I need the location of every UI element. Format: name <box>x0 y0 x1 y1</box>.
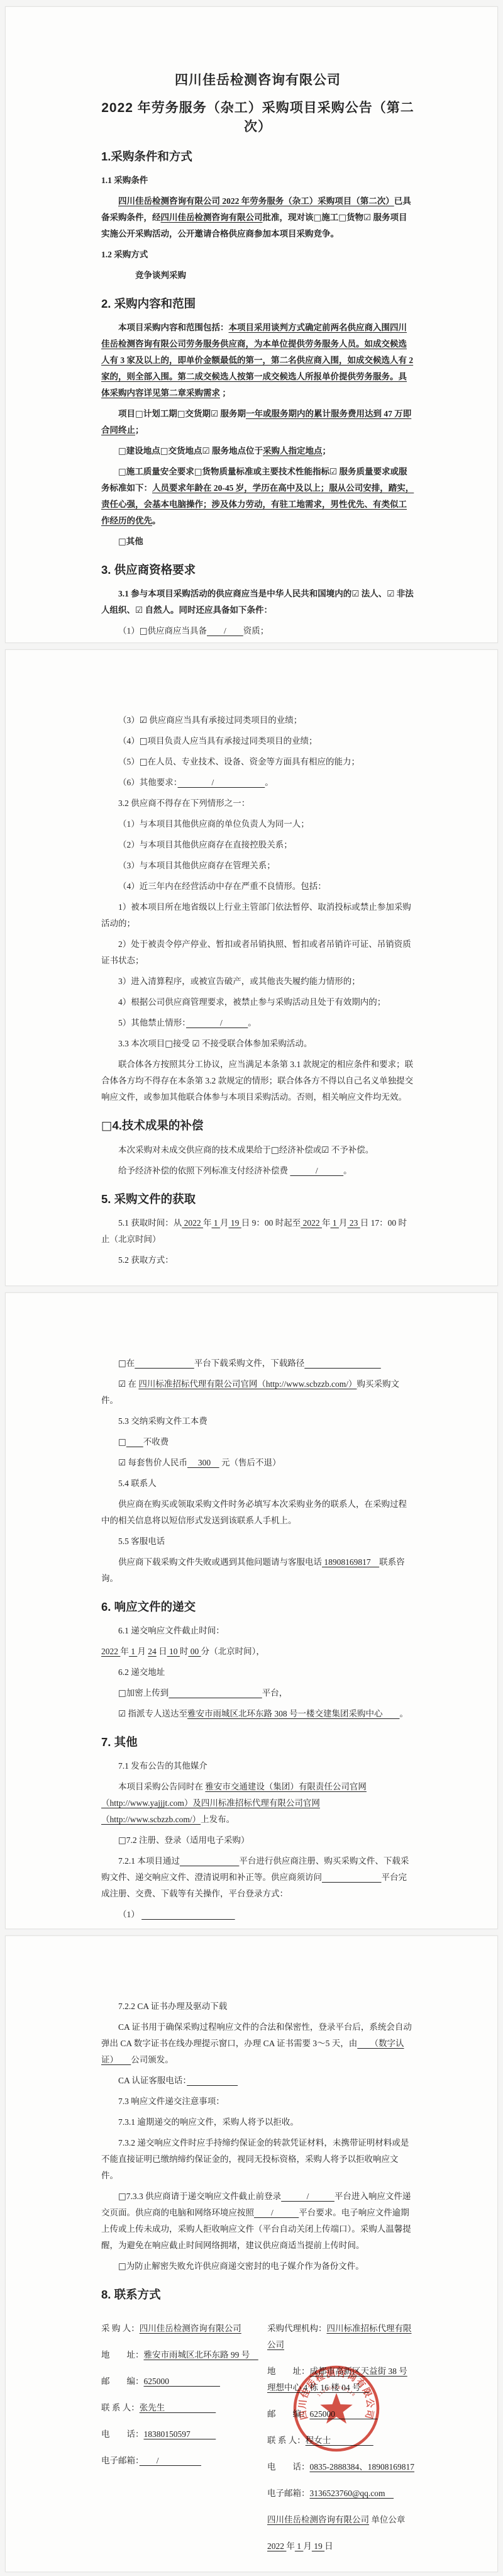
text-run: 电 话： <box>267 2462 310 2472</box>
filled-in-value <box>187 2076 238 2085</box>
text-run: 1.采购条件和方式 <box>101 150 192 163</box>
text-run: 经济补偿或 <box>279 1145 322 1155</box>
filled-in-value: 四川佳岳检测咨询有限公司 <box>161 213 263 222</box>
text-run: 施工 <box>321 213 338 222</box>
text-run: 3.1 参与本项目采购活动的供应商应当是中华人民共和国境内的 <box>118 589 351 598</box>
paragraph: 7.3 响应文件递交注意事项： <box>101 2093 414 2110</box>
text-run: 时 <box>180 1647 189 1656</box>
paragraph: （4）近三年内在经营活动中存在严重不良情形。包括： <box>101 878 414 895</box>
text-run: 7.3 响应文件递交注意事项： <box>118 2097 224 2106</box>
filled-in-value: 24 <box>148 1647 157 1656</box>
checkbox-unchecked-icon: □ <box>160 446 169 456</box>
text-run: 月 <box>220 1218 229 1228</box>
text-run: 地 址： <box>267 2366 310 2376</box>
text-run: 接受 <box>173 1039 192 1048</box>
paragraph: （2）与本项目其他供应商存在直接控股关系； <box>101 837 414 853</box>
checkbox-unchecked-icon: □ <box>140 626 148 636</box>
text-run: 单位公章 <box>369 2515 405 2524</box>
text-run: 年 <box>120 1647 129 1656</box>
contact-line: 电子邮箱：3136523760@qq.com <box>267 2485 414 2502</box>
text-run: 平台下载采购文件，下载路径 <box>194 1358 305 1368</box>
filled-in-value: 18908169817 <box>322 1557 379 1567</box>
paragraph: （3）☑ 供应商应当具有承接过同类项目的业绩； <box>101 712 414 729</box>
text-run: 联 系 人： <box>101 2403 140 2412</box>
checkbox-checked-icon: ☑ <box>329 467 337 477</box>
paragraph: 5.3 交纳采购文件工本费 <box>101 1413 414 1430</box>
paragraph: 7.3.1 逾期递交的响应文件，采购人将予以拒收。 <box>101 2114 414 2131</box>
filled-in-value <box>304 1358 381 1368</box>
paragraph: 项目□计划工期□交货期☑ 服务期一年或服务期内的累计服务费用达到 47 万即合同… <box>101 406 414 439</box>
paragraph: □7.3.3 供应商请于递交响应文件截止前登录 / 平台进入响应文件递交页面。供… <box>101 2188 414 2254</box>
filled-in-value: / <box>140 2456 201 2465</box>
paragraph: 2）处于被责令停产停业、暂扣或者吊销执照、暂扣或者吊销许可证、吊销资质证书状态； <box>101 936 414 969</box>
text-run: （6）其他要求： <box>118 778 178 787</box>
checkbox-unchecked-icon: □ <box>314 213 322 223</box>
text-run: （1）与本项目其他供应商的单位负责人为同一人； <box>118 819 309 829</box>
paragraph: 5.2 获取方式： <box>101 1252 414 1268</box>
text-run: 交货期 <box>185 409 211 418</box>
checkbox-unchecked-icon: □ <box>118 1688 126 1698</box>
paragraph: （1）□供应商应当具备 / 资质； <box>101 623 414 639</box>
text-run: 供应商应当具备 <box>148 626 207 636</box>
agency-contact-column: 采购代理机构：四川标准招标代理有限公司地 址：成都市高新区天益街 38 号理想中… <box>267 2310 414 2565</box>
checkbox-checked-icon: ☑ <box>118 1709 126 1719</box>
text-run: 年 <box>203 1218 212 1228</box>
text-run: 每套售价人民币 <box>126 1458 187 1467</box>
text-run: 月 <box>137 1647 148 1656</box>
paragraph: □加密上传到 平台， <box>101 1685 414 1701</box>
text-run: 8. 联系方式 <box>101 2288 161 2301</box>
document-page-1: 四川佳岳检测咨询有限公司2022 年劳务服务（杂工）采购项目采购公告（第二次）1… <box>5 6 498 643</box>
text-run: 在 <box>126 1358 135 1368</box>
filled-in-value <box>322 1873 382 1882</box>
text-run: 3. 供应商资格要求 <box>101 563 196 576</box>
filled-in-value: 1 <box>295 2541 304 2551</box>
page-2-content: （3）☑ 供应商应当具有承接过同类项目的业绩；（4）□项目负责人应当具有承接过同… <box>6 650 497 1268</box>
sub-heading: 1.2 采购方式 <box>101 247 414 263</box>
checkbox-checked-icon: ☑ <box>363 213 371 223</box>
text-run: 四川佳岳检测咨询有限公司 <box>175 73 341 87</box>
text-run: 电子邮箱： <box>267 2489 310 2498</box>
text-run: 年 <box>322 1218 331 1228</box>
text-run: 自然人。同时还应具备如下条件： <box>143 605 272 615</box>
checkbox-unchecked-icon: □ <box>118 446 126 456</box>
purchaser-contact-column: 采 购 人：四川佳岳检测咨询有限公司地 址：雅安市雨城区北环东路 99 号 邮 … <box>101 2310 260 2565</box>
paragraph: □建设地点□交货地点☑ 服务地点位于采购人指定地点； <box>101 443 414 459</box>
text-run: 1.2 采购方式 <box>101 250 148 259</box>
checkbox-checked-icon: ☑ <box>321 1145 329 1155</box>
text-run: 不予补偿。 <box>329 1145 373 1155</box>
filled-in-value: 四川佳岳检测咨询有限公司 2022 年劳务服务（杂工）采购项目（第二次） <box>118 196 394 206</box>
text-run: 月 <box>339 1218 348 1228</box>
section-heading: 1.采购条件和方式 <box>101 147 414 166</box>
section-heading: 3. 供应商资格要求 <box>101 561 414 580</box>
text-run: 电 话： <box>101 2429 144 2439</box>
paragraph: 3.1 参与本项目采购活动的供应商应当是中华人民共和国境内的☑ 法人、☑ 非法人… <box>101 586 414 619</box>
checkbox-checked-icon: ☑ <box>202 446 210 456</box>
paragraph: 本项目采购内容和范围包括：本项目采用谈判方式确定前两名供应商入围四川佳岳检测咨询… <box>101 320 414 401</box>
checkbox-unchecked-icon: □ <box>118 467 126 477</box>
text-run: （1） <box>118 626 140 636</box>
paragraph: 5.1 获取时间：从 2022 年 1 月 19 日 9：00 时起至 2022… <box>101 1215 414 1248</box>
text-run: 指派专人送达至 <box>126 1709 187 1718</box>
scanned-document: 四川佳岳检测咨询有限公司2022 年劳务服务（杂工）采购项目采购公告（第二次）1… <box>0 0 503 2572</box>
text-run: 采购代理机构： <box>267 2324 327 2333</box>
paragraph: 竞争谈判采购 <box>135 267 414 284</box>
filled-in-value: 1 <box>129 1647 138 1656</box>
checkbox-checked-icon: ☑ <box>211 409 218 419</box>
checkbox-unchecked-icon: □ <box>194 467 202 477</box>
text-run: 3.3 本次项目 <box>118 1039 165 1048</box>
contact-line: 联 系 人：张先生 <box>101 2400 260 2416</box>
filled-in-value: 300 <box>187 1458 219 1467</box>
paragraph: （4）□项目负责人应当具有承接过同类项目的业绩； <box>101 733 414 749</box>
text-run: 施工质量安全要求 <box>126 467 194 476</box>
text-run: 。 <box>152 516 161 525</box>
paragraph: 供应商在购买或领取采购文件时务必填写本次采购业务的联系人，在采购过程中的相关信息… <box>101 1496 414 1529</box>
text-run: 为防止解密失败允许供应商递交密封的电子媒介作为备份文件。 <box>126 2261 364 2271</box>
contact-line: 电 话：0835-2888384、18908169817 <box>267 2459 414 2475</box>
filled-in-value: 3136523760@qq.com <box>310 2489 394 2498</box>
text-run: 货物质量标准或主要技术性能指标 <box>202 467 330 476</box>
paragraph: 6.1 递交响应文件截止时间： <box>101 1623 414 1639</box>
text-run: 日 9：00 时起至 <box>241 1218 301 1228</box>
text-run: 6.1 递交响应文件截止时间： <box>118 1626 224 1635</box>
paragraph: □为防止解密失败允许供应商递交密封的电子媒介作为备份文件。 <box>101 2258 414 2275</box>
text-run: 电子邮箱： <box>101 2456 140 2465</box>
text-run: 2）处于被责令停产停业、暂扣或者吊销执照、暂扣或者吊销许可证、吊销资质证书状态； <box>101 939 411 965</box>
text-run: 项目 <box>118 409 135 418</box>
paragraph: （6）其他要求： / 。 <box>101 775 414 791</box>
checkbox-unchecked-icon: □ <box>101 1119 112 1133</box>
contact-line: 电 话：18380150597 <box>101 2426 260 2443</box>
document-page-3: □在 平台下载采购文件，下载路径 ☑ 在 四川标准招标代理有限公司官网（http… <box>5 1292 498 1929</box>
text-run: 3）进入清算程序，或被宣告破产，或其他丧失履约能力情形的； <box>118 977 360 986</box>
text-run: 4.技术成果的补偿 <box>112 1119 203 1132</box>
page-4-content: 7.2.2 CA 证书办理及驱动下载CA 证书用于确保采购过程响应文件的合法和保… <box>6 1936 497 2565</box>
filled-in-value: / <box>254 2208 299 2217</box>
section-heading: 5. 采购文件的获取 <box>101 1190 414 1209</box>
text-run: ； <box>323 446 331 456</box>
filled-in-value: 1 <box>331 1218 340 1228</box>
paragraph: ☑ 指派专人送达至雅安市雨城区北环东路 308 号一楼交建集团采购中心 。 <box>101 1706 414 1722</box>
text-run: 本次采购对未成交供应商的技术成果给于 <box>118 1145 271 1155</box>
text-run: 法人、 <box>359 589 387 598</box>
filled-in-value: 四川佳岳检测咨询有限公司 <box>140 2324 241 2333</box>
checkbox-unchecked-icon: □ <box>135 409 143 419</box>
text-run: 7.1 发布公告的其他媒介 <box>118 1761 207 1771</box>
text-run: ； <box>220 388 231 398</box>
paragraph: 给予经济补偿的依照下列标准支付经济补偿费 / 。 <box>101 1163 414 1179</box>
paragraph: 7.2.1 本项目通过 平台进行供应商注册、购买采购文件、下载采购文件、递交响应… <box>101 1853 414 1902</box>
checkbox-checked-icon: ☑ <box>118 1379 126 1389</box>
text-run: 5）其他禁止情形： <box>118 1018 186 1028</box>
text-run: 7.2 注册、登录（适用电子采购） <box>126 1835 250 1845</box>
paragraph: □7.2 注册、登录（适用电子采购） <box>101 1832 414 1849</box>
checkbox-unchecked-icon: □ <box>177 409 185 419</box>
paragraph: （5）□在人员、专业技术、设备、资金等方面具有相应的能力； <box>101 754 414 770</box>
text-run: 联合体各方按照其分工协议，应当满足本条第 3.1 款规定的相应条件和要求；联合体… <box>101 1060 413 1102</box>
contact-line: 邮 编：625000 <box>267 2406 414 2422</box>
text-run: 联 系 人： <box>267 2436 306 2445</box>
text-run: 不接受联合体参加采购活动。 <box>200 1039 312 1048</box>
text-run: 资质； <box>243 626 269 636</box>
filled-in-value: 雅安市雨城区北环东路 308 号一楼交建集团采购中心 <box>187 1709 400 1718</box>
filled-in-value: 625000 <box>310 2409 378 2419</box>
text-run: 4）根据公司供应商管理要求，被禁止参与采购活动且处于有效期内的； <box>118 997 385 1007</box>
paragraph: ☑ 每套售价人民币 300 元（售后不退） <box>101 1455 414 1471</box>
contact-line: 邮 编：625000 <box>101 2373 260 2390</box>
text-run: 6. 响应文件的递交 <box>101 1600 196 1613</box>
filled-in-value: 四川佳岳检测咨询有限公司 <box>267 2515 369 2524</box>
text-run: 7.3.1 逾期递交的响应文件，采购人将予以拒收。 <box>118 2117 299 2127</box>
contact-line: 地 址：成都市高新区天益街 38 号理想中心 4 栋 16 楼 04 号 <box>267 2363 414 2396</box>
paragraph: 6.2 递交地址 <box>101 1664 414 1681</box>
paragraph: 7.3.2 递交响应文件时应手持缔约保证金的转款凭证材料，未携带证明材料或是不能… <box>101 2135 414 2184</box>
paragraph: □在 平台下载采购文件，下载路径 <box>101 1355 414 1372</box>
text-run: （4） <box>118 736 140 746</box>
text-run: 本项目采购公告同时在 <box>118 1782 205 1791</box>
text-run: 货物 <box>346 213 363 222</box>
checkbox-unchecked-icon: □ <box>118 1835 126 1845</box>
paragraph: （1）与本项目其他供应商的单位负责人为同一人； <box>101 816 414 832</box>
paragraph: □施工质量安全要求□货物质量标准或主要技术性能指标☑ 服务质量要求或服务标准如下… <box>101 464 414 529</box>
text-run: 2. 采购内容和范围 <box>101 297 196 310</box>
contact-line: 四川佳岳检测咨询有限公司 单位公章 <box>267 2512 414 2528</box>
text-run: 6.2 递交地址 <box>118 1667 165 1677</box>
filled-in-value: / <box>290 1166 343 1175</box>
checkbox-unchecked-icon: □ <box>118 1437 126 1447</box>
filled-in-value: 10 <box>167 1647 180 1656</box>
text-run: 服务期 <box>218 409 246 418</box>
text-run: 采 购 人： <box>101 2324 140 2333</box>
filled-in-value: / <box>207 626 243 636</box>
text-run: 5.4 联系人 <box>118 1479 157 1488</box>
checkbox-checked-icon: ☑ <box>192 1039 199 1049</box>
text-run: 2022 年劳务服务（杂工）采购项目采购公告（第二次） <box>101 101 414 134</box>
text-run: 上发布。 <box>201 1815 235 1824</box>
text-run: （5） <box>118 757 140 766</box>
paragraph: □ 不收费 <box>101 1434 414 1450</box>
checkbox-checked-icon: ☑ <box>135 605 143 615</box>
text-run: 7.3.3 供应商请于递交响应文件截止前登录 <box>126 2192 281 2201</box>
text-run: 。 <box>343 1166 352 1175</box>
filled-in-value: 四川标准招标代理有限公司官网（http://www.scbzzb.com/） <box>138 1379 357 1389</box>
paragraph: 供应商下载采购文件失败或遇到其他问题请与客服电话 18908169817 联系咨… <box>101 1554 414 1587</box>
text-run: 7.2.2 CA 证书办理及驱动下载 <box>118 2002 227 2011</box>
paragraph: 5.5 客服电话 <box>101 1533 414 1550</box>
paragraph: 7.1 发布公告的其他媒介 <box>101 1758 414 1774</box>
filled-in-value: 23 <box>348 1218 360 1228</box>
checkbox-checked-icon: ☑ <box>140 715 147 725</box>
filled-in-value: 19 <box>229 1218 241 1228</box>
contact-line: 联 系 人：程女士 <box>267 2433 414 2449</box>
paragraph: 5.4 联系人 <box>101 1476 414 1492</box>
text-run: 交货地点 <box>169 446 202 456</box>
filled-in-value: 18380150597 <box>144 2429 216 2439</box>
filled-in-value: 雅安市雨城区北环东路 99 号 <box>144 2350 258 2360</box>
document-page-4: 7.2.2 CA 证书办理及驱动下载CA 证书用于确保采购过程响应文件的合法和保… <box>5 1935 498 2572</box>
paragraph: 3）进入清算程序，或被宣告破产，或其他丧失履约能力情形的； <box>101 973 414 990</box>
filled-in-value <box>180 1856 240 1866</box>
text-run: 3.2 供应商不得存在下列情形之一： <box>118 798 250 808</box>
text-run: 给予经济补偿的依照下列标准支付经济补偿费 <box>118 1166 290 1175</box>
text-run: 批准，现对该 <box>263 213 314 222</box>
filled-in-value <box>169 1688 262 1698</box>
checkbox-unchecked-icon: □ <box>118 537 126 547</box>
filled-in-value <box>126 1437 143 1447</box>
text-run: 7.3.2 递交响应文件时应手持缔约保证金的转款凭证材料，未携带证明材料或是不能… <box>101 2138 409 2180</box>
text-run: 邮 编： <box>267 2409 310 2419</box>
checkbox-unchecked-icon: □ <box>140 736 148 746</box>
text-run: 项目负责人应当具有承接过同类项目的业绩； <box>148 736 318 746</box>
filled-in-value: 采购人指定地点 <box>263 446 323 456</box>
filled-in-value: 1 <box>212 1218 221 1228</box>
text-run: 在 <box>126 1379 138 1389</box>
document-title: 四川佳岳检测咨询有限公司 <box>101 71 414 90</box>
text-run: 供应商下载采购文件失败或遇到其他问题请与客服电话 <box>118 1557 322 1567</box>
paragraph: 4）根据公司供应商管理要求，被禁止参与采购活动且处于有效期内的； <box>101 994 414 1011</box>
text-run: 在人员、专业技术、设备、资金等方面具有相应的能力； <box>148 757 360 766</box>
filled-in-value: 本项目采用谈判方式确定前两名供应商入围四川佳岳检测咨询有限公司劳务服务供应商，为… <box>101 323 413 398</box>
paragraph: 2022 年 1 月 24 日 10 时 00 分（北京时间）， <box>101 1644 414 1660</box>
checkbox-unchecked-icon: □ <box>118 1358 126 1369</box>
section-heading: □4.技术成果的补偿 <box>101 1116 414 1136</box>
filled-in-value: 2022 <box>301 1218 322 1228</box>
filled-in-value: 625000 <box>144 2377 221 2386</box>
paragraph: 1）被本项目所在地省级以上行业主管部门依法暂停、取消投标或禁止参加采购活动的； <box>101 899 414 932</box>
text-run: 5.2 获取方式： <box>118 1255 174 1265</box>
text-run: 供应商在购买或领取采购文件时务必填写本次采购业务的联系人，在采购过程中的相关信息… <box>101 1499 407 1525</box>
checkbox-checked-icon: ☑ <box>387 589 394 599</box>
filled-in-value: 程女士 <box>306 2436 373 2445</box>
filled-in-value: 2022 <box>182 1218 203 1228</box>
checkbox-checked-icon: ☑ <box>118 1458 126 1468</box>
text-run: 元（售后不退） <box>219 1458 281 1467</box>
text-run: 5.1 获取时间：从 <box>118 1218 182 1228</box>
text-run: 7.2.1 本项目通过 <box>118 1856 180 1866</box>
checkbox-unchecked-icon: □ <box>338 213 346 223</box>
text-run: 计划工期 <box>143 409 177 418</box>
text-run: 日 <box>324 2541 333 2551</box>
section-heading: 7. 其他 <box>101 1733 414 1752</box>
text-run: 7. 其他 <box>101 1735 138 1749</box>
checkbox-unchecked-icon: □ <box>118 2192 126 2202</box>
checkbox-unchecked-icon: □ <box>118 2261 126 2271</box>
paragraph: 四川佳岳检测咨询有限公司 2022 年劳务服务（杂工）采购项目（第二次）已具备采… <box>101 193 414 242</box>
filled-in-value <box>141 1910 235 1919</box>
text-run: 5.5 客服电话 <box>118 1537 165 1546</box>
checkbox-unchecked-icon: □ <box>165 1039 173 1049</box>
text-run: （4）近三年内在经营活动中存在严重不良情形。包括： <box>118 882 326 891</box>
paragraph: ☑ 在 四川标准招标代理有限公司官网（http://www.scbzzb.com… <box>101 1376 414 1409</box>
paragraph: 本项目采购公告同时在 雅安市交通建设（集团）有限责任公司官网（http://ww… <box>101 1779 414 1828</box>
text-run: 服务地点位于 <box>210 446 263 456</box>
text-run: （2）与本项目其他供应商存在直接控股关系； <box>118 840 292 849</box>
filled-in-value: 0835-2888384、18908169817 <box>310 2462 415 2472</box>
text-run: ； <box>135 425 144 435</box>
document-page-2: （3）☑ 供应商应当具有承接过同类项目的业绩；（4）□项目负责人应当具有承接过同… <box>5 649 498 1286</box>
text-run: 其他 <box>126 537 143 546</box>
text-run: 建设地点 <box>126 446 160 456</box>
text-run: 。 <box>265 778 274 787</box>
checkbox-unchecked-icon: □ <box>271 1145 279 1155</box>
paragraph: CA 证书用于确保采购过程响应文件的合法和保密性，登录平台后，系统会自动弹出 C… <box>101 2019 414 2068</box>
text-run: 地 址： <box>101 2350 144 2360</box>
filled-in-value: 张先生 <box>140 2403 216 2412</box>
section-heading: 8. 联系方式 <box>101 2285 414 2304</box>
paragraph: 5）其他禁止情形： / 。 <box>101 1015 414 1031</box>
paragraph: （3）与本项目其他供应商存在管理关系； <box>101 858 414 874</box>
paragraph: CA 认证客服电话： <box>101 2073 414 2089</box>
text-run: 加密上传到 <box>126 1688 169 1698</box>
page-1-content: 四川佳岳检测咨询有限公司2022 年劳务服务（杂工）采购项目采购公告（第二次）1… <box>6 7 497 643</box>
filled-in-value: 00 <box>188 1647 201 1656</box>
section-heading: 6. 响应文件的递交 <box>101 1598 414 1616</box>
text-run: 不收费 <box>143 1437 169 1447</box>
text-run: 分（北京时间）， <box>201 1647 265 1656</box>
filled-in-value: / <box>281 2192 334 2201</box>
paragraph: 3.2 供应商不得存在下列情形之一： <box>101 795 414 812</box>
text-run: 供应商应当具有承接过同类项目的业绩； <box>147 715 302 725</box>
text-run: 5. 采购文件的获取 <box>101 1192 196 1206</box>
paragraph: 3.3 本次项目□接受 ☑ 不接受联合体参加采购活动。 <box>101 1036 414 1052</box>
text-run: 本项目采购内容和范围包括： <box>118 323 229 332</box>
paragraph: 联合体各方按照其分工协议，应当满足本条第 3.1 款规定的相应条件和要求；联合体… <box>101 1056 414 1106</box>
text-run: 日 <box>157 1647 167 1656</box>
paragraph: （2） <box>101 1927 414 1929</box>
paragraph: 本次采购对未成交供应商的技术成果给于□经济补偿或☑ 不予补偿。 <box>101 1142 414 1158</box>
sub-heading: 1.1 采购条件 <box>101 172 414 189</box>
text-run: 1.1 采购条件 <box>101 176 148 185</box>
paragraph: □其他 <box>101 534 414 550</box>
text-run: 1）被本项目所在地省级以上行业主管部门依法暂停、取消投标或禁止参加采购活动的； <box>101 902 411 928</box>
text-run: 5.3 交纳采购文件工本费 <box>118 1416 207 1426</box>
text-run: 。 <box>248 1018 257 1028</box>
checkbox-unchecked-icon: □ <box>140 757 148 767</box>
paragraph: 7.2.2 CA 证书办理及驱动下载 <box>101 1998 414 2015</box>
contact-columns: 采 购 人：四川佳岳检测咨询有限公司地 址：雅安市雨城区北环东路 99 号 邮 … <box>101 2310 414 2565</box>
paragraph: （1） <box>101 1907 414 1923</box>
filled-in-value <box>135 1358 194 1368</box>
text-run: 。 <box>399 1709 408 1718</box>
text-run: （3） <box>118 715 140 725</box>
contact-line: 采购代理机构：四川标准招标代理有限公司 <box>267 2321 414 2353</box>
text-run: （3）与本项目其他供应商存在管理关系； <box>118 861 275 870</box>
document-title: 2022 年劳务服务（杂工）采购项目采购公告（第二次） <box>101 99 414 137</box>
text-run: 邮 编： <box>101 2377 144 2386</box>
filled-in-value: 2022 <box>101 1647 120 1656</box>
text-run: 公司颁发。 <box>131 2055 174 2064</box>
section-heading: 2. 采购内容和范围 <box>101 294 414 313</box>
page-3-content: □在 平台下载采购文件，下载路径 ☑ 在 四川标准招标代理有限公司官网（http… <box>6 1293 497 1929</box>
filled-in-value: / <box>178 778 265 787</box>
text-run: CA 认证客服电话： <box>118 2076 187 2085</box>
text-run: 竞争谈判采购 <box>135 271 186 280</box>
text-run: 月 <box>303 2541 312 2551</box>
text-run: 年 <box>286 2541 295 2551</box>
text-run: （1） <box>118 1910 141 1919</box>
filled-in-value: 19 <box>312 2541 324 2551</box>
filled-in-value: 2022 <box>267 2541 286 2551</box>
checkbox-checked-icon: ☑ <box>351 589 359 599</box>
text-run: 平台， <box>262 1688 288 1698</box>
contact-line: 采 购 人：四川佳岳检测咨询有限公司 <box>101 2321 260 2337</box>
contact-line: 电子邮箱： / <box>101 2453 260 2469</box>
filled-in-value: / <box>186 1018 248 1028</box>
contact-line: 2022 年 1 月 19 日 <box>267 2538 414 2555</box>
contact-line: 地 址：雅安市雨城区北环东路 99 号 <box>101 2347 260 2363</box>
